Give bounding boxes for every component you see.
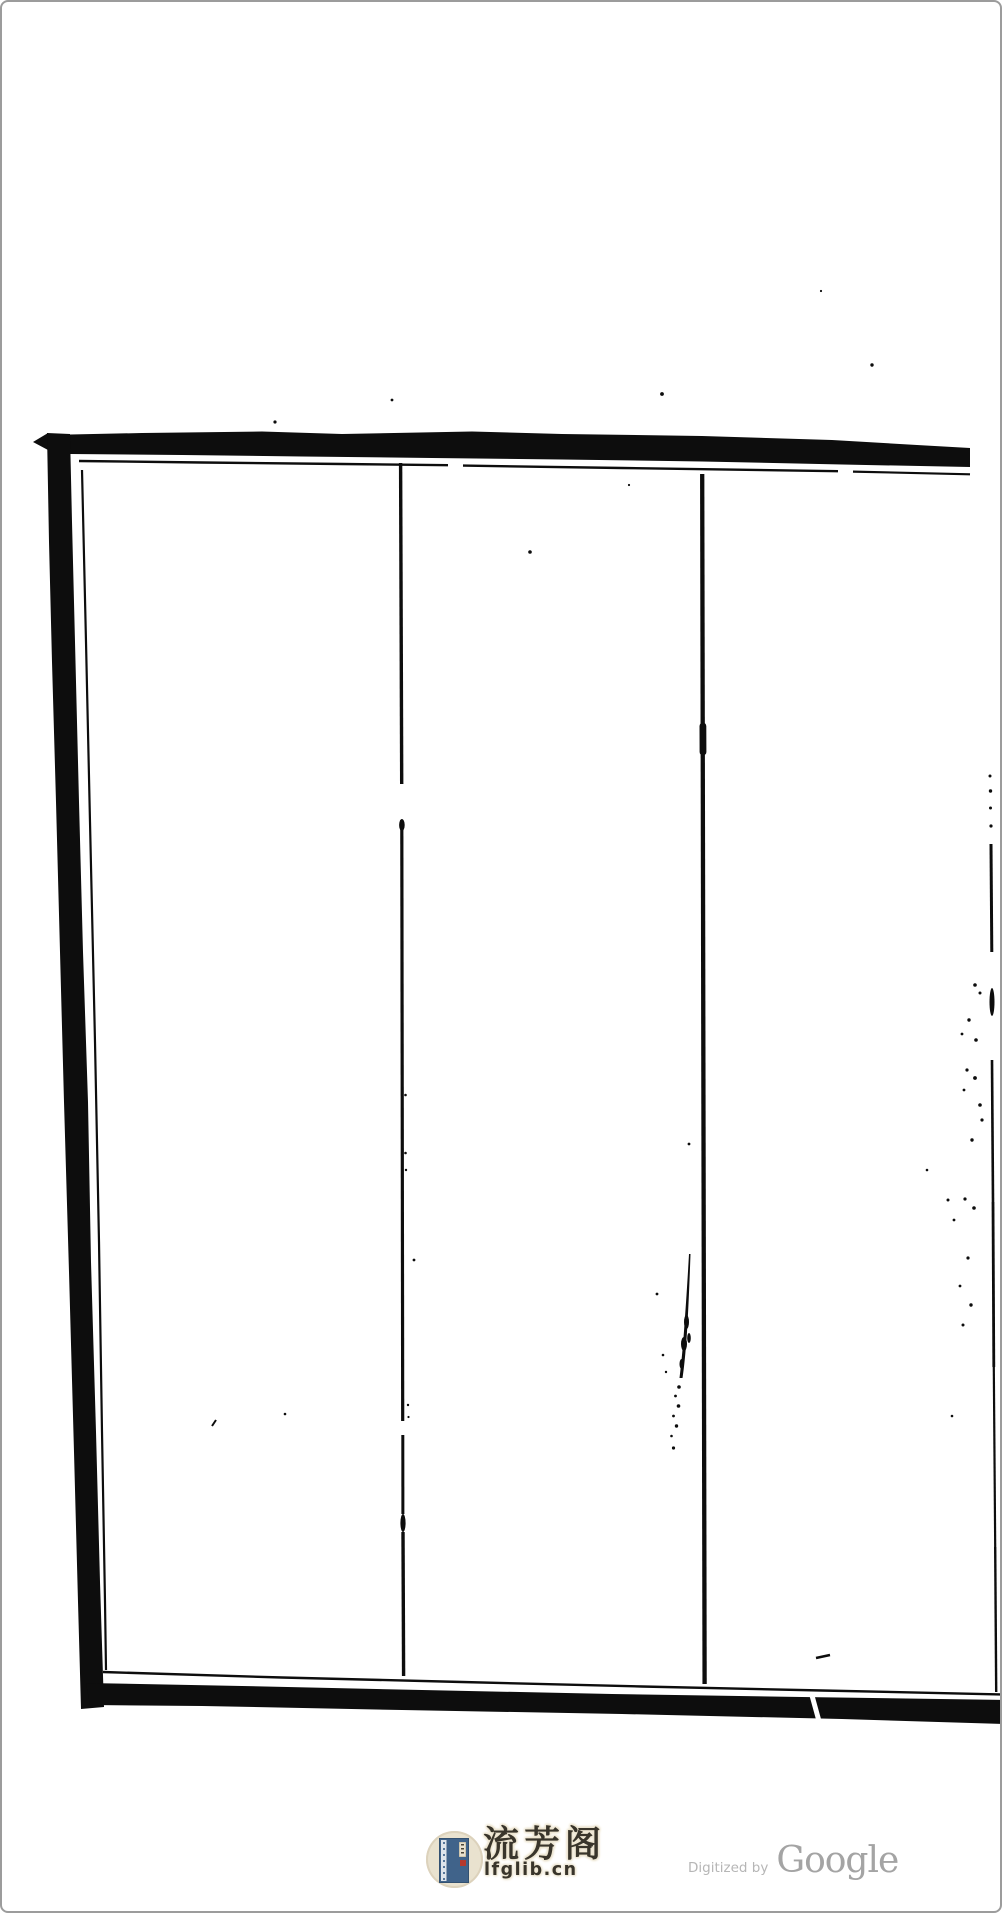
column-divider-left <box>399 463 410 1676</box>
book-stitch-dots <box>443 1842 445 1881</box>
red-seal-icon <box>460 1860 466 1866</box>
lfglib-site-url: lfglib.cn <box>484 1862 578 1880</box>
google-credit: Digitized by Google <box>688 1840 898 1881</box>
ink-specks <box>212 290 984 1658</box>
book-title-strokes <box>461 1844 464 1855</box>
frame-bottom-border <box>86 1683 1002 1724</box>
scanned-book-page: 流芳阁 lfglib.cn Digitized by Google <box>0 0 1002 1913</box>
thread-bound-book-icon <box>439 1838 469 1883</box>
scan-frame-graphic <box>2 2 1002 1913</box>
lfglib-logo-badge <box>426 1831 483 1888</box>
ink-smudge <box>656 1254 691 1450</box>
digitized-by-label: Digitized by <box>688 1860 768 1876</box>
frame-corner-mark <box>33 433 48 450</box>
lfglib-site-name: 流芳阁 <box>483 1826 606 1862</box>
frame-right-edge-line <box>989 775 997 1693</box>
google-wordmark: Google <box>776 1840 898 1881</box>
book-title-label <box>459 1842 466 1857</box>
book-spine <box>441 1840 447 1881</box>
column-divider-right <box>702 474 704 1684</box>
frame-inner-lines <box>79 461 1002 1695</box>
